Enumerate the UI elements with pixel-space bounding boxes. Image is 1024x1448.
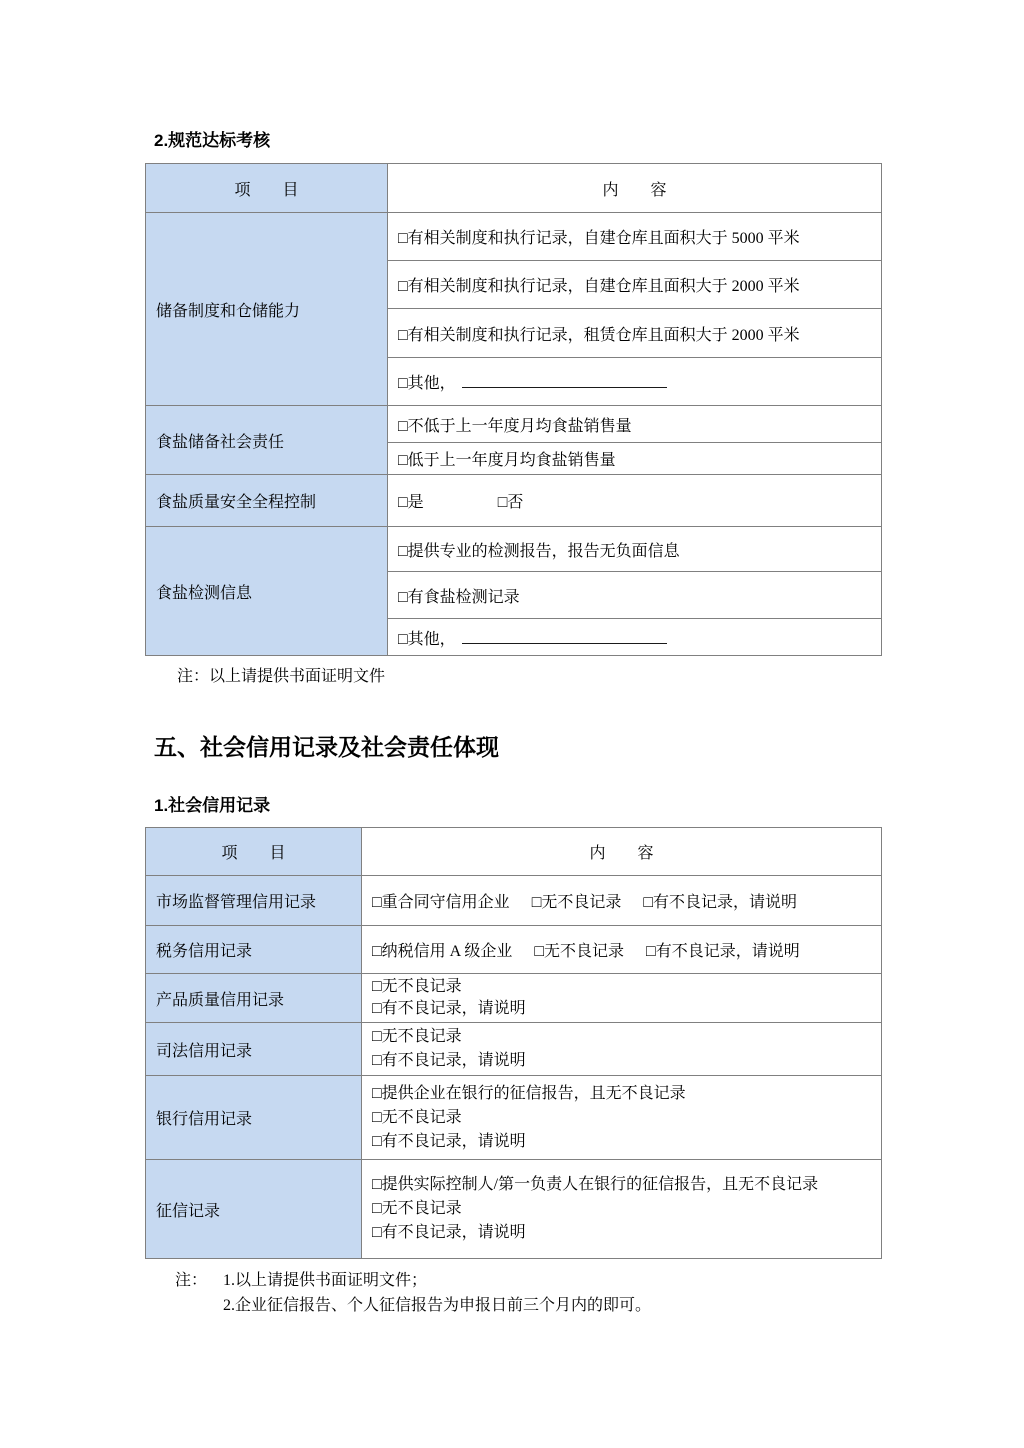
- checkbox-icon[interactable]: □: [398, 230, 408, 247]
- checkbox-option: □无不良记录: [372, 976, 873, 998]
- note-label: 注：: [175, 1268, 207, 1318]
- checkbox-option: □无不良记录: [534, 938, 624, 961]
- option-label: 否: [507, 494, 523, 511]
- content-cell: □不低于上一年度月均食盐销售量: [388, 406, 882, 443]
- option-label: 提供企业在银行的征信报告，且无不良记录: [382, 1085, 686, 1102]
- table-row: 食盐检测信息 □提供专业的检测报告，报告无负面信息: [146, 527, 882, 572]
- option-label: 有不良记录，请说明: [382, 1133, 526, 1150]
- checkbox-icon[interactable]: □: [398, 418, 408, 435]
- checkbox-option-yes: □是: [398, 489, 424, 512]
- option-label: 不低于上一年度月均食盐销售量: [408, 418, 632, 435]
- checkbox-option: □有相关制度和执行记录，自建仓库且面积大于 2000 平米: [398, 273, 873, 296]
- checkbox-option: □有不良记录，请说明: [372, 1221, 825, 1245]
- content-cell: □有相关制度和执行记录，自建仓库且面积大于 5000 平米: [388, 213, 882, 261]
- checkbox-icon[interactable]: □: [372, 1085, 382, 1102]
- content-cell: □提供实际控制人/第一负责人在银行的征信报告，且无不良记录 □无不良记录 □有不…: [362, 1160, 882, 1259]
- checkbox-icon[interactable]: □: [372, 943, 382, 960]
- table-row: 食盐储备社会责任 □不低于上一年度月均食盐销售量: [146, 406, 882, 443]
- checkbox-option: □有不良记录，请说明: [372, 1130, 873, 1154]
- option-label: 无不良记录: [541, 894, 621, 911]
- option-label: 有不良记录，请说明: [656, 943, 800, 960]
- content-cell: □其他，: [388, 619, 882, 656]
- checkbox-icon[interactable]: □: [398, 543, 408, 560]
- column-header-content: 内 容: [388, 164, 882, 213]
- content-cell: □无不良记录 □有不良记录，请说明: [362, 1023, 882, 1076]
- checkbox-icon[interactable]: □: [372, 1028, 382, 1045]
- option-label: 有相关制度和执行记录，自建仓库且面积大于 2000 平米: [408, 278, 800, 295]
- option-label: 无不良记录: [382, 1028, 462, 1045]
- table-row: 食盐质量安全全程控制 □是 □否: [146, 475, 882, 527]
- checkbox-icon[interactable]: □: [643, 894, 653, 911]
- checkbox-option: □提供实际控制人/第一负责人在银行的征信报告，且无不良记录: [372, 1173, 825, 1197]
- option-label: 有相关制度和执行记录，自建仓库且面积大于 5000 平米: [408, 230, 800, 247]
- option-label: 有不良记录，请说明: [653, 894, 797, 911]
- checkbox-option: □有相关制度和执行记录，租赁仓库且面积大于 2000 平米: [398, 322, 873, 345]
- checkbox-icon[interactable]: □: [372, 1176, 382, 1193]
- checkbox-option: □有相关制度和执行记录，自建仓库且面积大于 5000 平米: [398, 225, 873, 248]
- checkbox-icon[interactable]: □: [372, 1052, 382, 1069]
- item-cell-bank-credit: 银行信用记录: [146, 1076, 362, 1160]
- item-cell-credit-report: 征信记录: [146, 1160, 362, 1259]
- item-cell-market-supervision: 市场监督管理信用记录: [146, 876, 362, 926]
- checkbox-option-no: □否: [498, 489, 524, 512]
- note-item-1: 1.以上请提供书面证明文件；: [223, 1268, 651, 1293]
- option-label: 是: [408, 494, 424, 511]
- checkbox-icon[interactable]: □: [372, 978, 382, 995]
- checkbox-option: □有不良记录，请说明: [372, 1049, 873, 1073]
- option-label: 低于上一年度月均食盐销售量: [408, 452, 616, 469]
- checkbox-option-other: □其他，: [398, 370, 873, 393]
- table-row: 产品质量信用记录 □无不良记录 □有不良记录，请说明: [146, 974, 882, 1023]
- checkbox-icon[interactable]: □: [398, 278, 408, 295]
- checkbox-icon[interactable]: □: [398, 631, 408, 648]
- item-cell-salt-reserve: 食盐储备社会责任: [146, 406, 388, 475]
- checkbox-icon[interactable]: □: [372, 1200, 382, 1217]
- checkbox-option: □有不良记录，请说明: [372, 998, 873, 1020]
- option-label: 重合同守信用企业: [382, 894, 510, 911]
- checkbox-icon[interactable]: □: [534, 943, 544, 960]
- option-label: 无不良记录: [382, 978, 462, 995]
- option-label: 有食盐检测记录: [408, 589, 520, 606]
- standards-assessment-table: 项 目 内 容 储备制度和仓储能力 □有相关制度和执行记录，自建仓库且面积大于 …: [145, 163, 882, 656]
- checkbox-option: □纳税信用 A 级企业: [372, 938, 512, 961]
- section-5-heading: 五、社会信用记录及社会责任体现: [154, 732, 881, 762]
- checkbox-icon[interactable]: □: [372, 1224, 382, 1241]
- content-cell: □低于上一年度月均食盐销售量: [388, 443, 882, 475]
- content-cell: □有相关制度和执行记录，租赁仓库且面积大于 2000 平米: [388, 309, 882, 358]
- fill-in-blank[interactable]: [462, 629, 667, 644]
- checkbox-option: □有不良记录，请说明: [646, 938, 800, 961]
- checkbox-option: □有食盐检测记录: [398, 584, 873, 607]
- table-row: 征信记录 □提供实际控制人/第一负责人在银行的征信报告，且无不良记录 □无不良记…: [146, 1160, 882, 1259]
- option-label: 无不良记录: [382, 1200, 462, 1217]
- item-cell-quality-control: 食盐质量安全全程控制: [146, 475, 388, 527]
- note-items: 1.以上请提供书面证明文件； 2.企业征信报告、个人征信报告为申报日前三个月内的…: [223, 1268, 651, 1318]
- checkbox-option: □提供企业在银行的征信报告，且无不良记录: [372, 1082, 873, 1106]
- document-page: 2.规范达标考核 项 目 内 容 储备制度和仓储能力 □有相关制度和执行记录，自…: [0, 0, 1024, 1448]
- content-cell: □重合同守信用企业 □无不良记录 □有不良记录，请说明: [362, 876, 882, 926]
- option-label: 提供实际控制人/第一负责人在银行的征信报告，且无不良记录: [382, 1176, 818, 1193]
- checkbox-option: □低于上一年度月均食盐销售量: [398, 447, 873, 470]
- column-header-item: 项 目: [146, 828, 362, 876]
- checkbox-icon[interactable]: □: [498, 494, 508, 511]
- item-cell-storage-system: 储备制度和仓储能力: [146, 213, 388, 406]
- content-cell: □纳税信用 A 级企业 □无不良记录 □有不良记录，请说明: [362, 926, 882, 974]
- subsection-1-title: 1.社会信用记录: [154, 795, 881, 817]
- checkbox-option: □无不良记录: [372, 1025, 873, 1049]
- checkbox-icon[interactable]: □: [398, 327, 408, 344]
- option-label: 有相关制度和执行记录，租赁仓库且面积大于 2000 平米: [408, 327, 800, 344]
- column-header-content: 内 容: [362, 828, 882, 876]
- content-cell: □是 □否: [388, 475, 882, 527]
- checkbox-icon[interactable]: □: [372, 894, 382, 911]
- fill-in-blank[interactable]: [462, 373, 667, 388]
- content-cell: □其他，: [388, 358, 882, 406]
- table-row: 银行信用记录 □提供企业在银行的征信报告，且无不良记录 □无不良记录 □有不良记…: [146, 1076, 882, 1160]
- table-row: 市场监督管理信用记录 □重合同守信用企业 □无不良记录 □有不良记录，请说明: [146, 876, 882, 926]
- page-content: 2.规范达标考核 项 目 内 容 储备制度和仓储能力 □有相关制度和执行记录，自…: [0, 0, 1024, 1318]
- table-row: 储备制度和仓储能力 □有相关制度和执行记录，自建仓库且面积大于 5000 平米: [146, 213, 882, 261]
- option-label: 有不良记录，请说明: [382, 1000, 526, 1017]
- option-label: 有不良记录，请说明: [382, 1052, 526, 1069]
- item-cell-product-quality: 产品质量信用记录: [146, 974, 362, 1023]
- column-header-item: 项 目: [146, 164, 388, 213]
- section-2-title: 2.规范达标考核: [154, 130, 881, 152]
- note-item-2: 2.企业征信报告、个人征信报告为申报日前三个月内的即可。: [223, 1293, 651, 1318]
- checkbox-icon[interactable]: □: [398, 494, 408, 511]
- content-cell: □提供企业在银行的征信报告，且无不良记录 □无不良记录 □有不良记录，请说明: [362, 1076, 882, 1160]
- checkbox-icon[interactable]: □: [532, 894, 542, 911]
- option-label: 提供专业的检测报告，报告无负面信息: [408, 543, 680, 560]
- item-cell-tax-credit: 税务信用记录: [146, 926, 362, 974]
- table-notes: 注： 1.以上请提供书面证明文件； 2.企业征信报告、个人征信报告为申报日前三个…: [175, 1268, 881, 1318]
- content-cell: □有相关制度和执行记录，自建仓库且面积大于 2000 平米: [388, 261, 882, 309]
- option-label: 无不良记录: [382, 1109, 462, 1126]
- table-note: 注：以上请提供书面证明文件: [177, 666, 881, 688]
- option-label: 其他，: [408, 631, 456, 648]
- table-row: 司法信用记录 □无不良记录 □有不良记录，请说明: [146, 1023, 882, 1076]
- table-header-row: 项 目 内 容: [146, 828, 882, 876]
- item-cell-judicial-credit: 司法信用记录: [146, 1023, 362, 1076]
- checkbox-option: □无不良记录: [372, 1106, 873, 1130]
- checkbox-option: □无不良记录: [372, 1197, 825, 1221]
- table-header-row: 项 目 内 容: [146, 164, 882, 213]
- checkbox-icon[interactable]: □: [398, 375, 408, 392]
- social-credit-table: 项 目 内 容 市场监督管理信用记录 □重合同守信用企业 □无不良记录 □有不良…: [145, 827, 882, 1259]
- content-cell: □提供专业的检测报告，报告无负面信息: [388, 527, 882, 572]
- checkbox-icon[interactable]: □: [646, 943, 656, 960]
- item-cell-salt-testing: 食盐检测信息: [146, 527, 388, 656]
- checkbox-option: □提供专业的检测报告，报告无负面信息: [398, 538, 873, 561]
- option-label: 有不良记录，请说明: [382, 1224, 526, 1241]
- content-cell: □无不良记录 □有不良记录，请说明: [362, 974, 882, 1023]
- option-label: 纳税信用 A 级企业: [382, 943, 513, 960]
- table-row: 税务信用记录 □纳税信用 A 级企业 □无不良记录 □有不良记录，请说明: [146, 926, 882, 974]
- checkbox-option: □无不良记录: [532, 889, 622, 912]
- option-label: 其他，: [408, 375, 456, 392]
- checkbox-icon[interactable]: □: [398, 589, 408, 606]
- checkbox-option-other: □其他，: [398, 626, 873, 649]
- checkbox-icon[interactable]: □: [398, 452, 408, 469]
- checkbox-option: □有不良记录，请说明: [643, 889, 797, 912]
- content-cell: □有食盐检测记录: [388, 572, 882, 619]
- checkbox-option: □不低于上一年度月均食盐销售量: [398, 413, 873, 436]
- checkbox-option: □重合同守信用企业: [372, 889, 510, 912]
- option-label: 无不良记录: [544, 943, 624, 960]
- checkbox-icon[interactable]: □: [372, 1000, 382, 1017]
- checkbox-icon[interactable]: □: [372, 1109, 382, 1126]
- checkbox-icon[interactable]: □: [372, 1133, 382, 1150]
